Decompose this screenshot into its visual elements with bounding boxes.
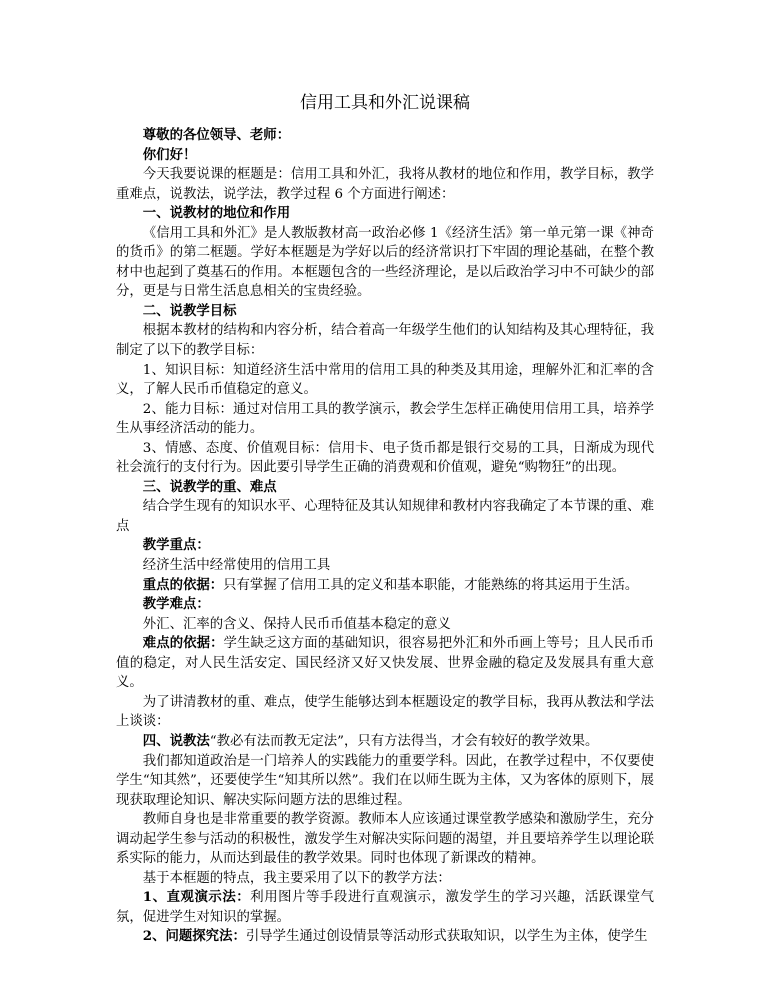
- paragraph-text: 引导学生通过创设情景等活动形式获取知识，以学生为主体，使学生: [246, 929, 648, 944]
- document-title: 信用工具和外汇说课稿: [116, 92, 654, 114]
- paragraph: 外汇、汇率的含义、保持人民币币值基本稳定的意义: [116, 615, 654, 635]
- paragraph-bold-lead: 教学难点：: [143, 596, 210, 612]
- paragraph-text: 3、情感、态度、价值观目标：信用卡、电子货币都是银行交易的工具，日渐成为现代社会…: [116, 441, 654, 476]
- paragraph: 《信用工具和外汇》是人教版教材高一政治必修 1《经济生活》第一单元第一课《神奇的…: [116, 224, 654, 302]
- paragraph: 为了讲清教材的重、难点，使学生能够达到本框题设定的教学目标，我再从教法和学法上谈…: [116, 693, 654, 732]
- paragraph: 四、说教法“教必有法而教无定法”，只有方法得当，才会有较好的教学效果。: [116, 732, 654, 752]
- paragraph-bold-lead: 1、直观演示法：: [143, 889, 250, 905]
- paragraph: 重点的依据：只有掌握了信用工具的定义和基本职能，才能熟练的将其运用于生活。: [116, 576, 654, 596]
- document-body: 尊敬的各位领导、老师：你们好！今天我要说课的框题是：信用工具和外汇，我将从教材的…: [116, 126, 654, 947]
- paragraph-bold-lead: 尊敬的各位领导、老师：: [143, 127, 290, 143]
- paragraph: 教学重点：: [116, 536, 654, 556]
- paragraph-bold-lead: 一、说教材的地位和作用: [143, 205, 290, 221]
- paragraph-text: 为了讲清教材的重、难点，使学生能够达到本框题设定的教学目标，我再从教法和学法上谈…: [116, 695, 654, 730]
- paragraph: 1、知识目标：知道经济生活中常用的信用工具的种类及其用途，理解外汇和汇率的含义，…: [116, 361, 654, 400]
- paragraph-bold-lead: 教学重点：: [143, 537, 210, 553]
- paragraph: 教学难点：: [116, 595, 654, 615]
- document-page: 信用工具和外汇说课稿 尊敬的各位领导、老师：你们好！今天我要说课的框题是：信用工…: [116, 92, 654, 947]
- paragraph: 三、说教学的重、难点: [116, 478, 654, 498]
- paragraph: 难点的依据：学生缺乏这方面的基础知识，很容易把外汇和外币画上等号；且人民币币值的…: [116, 634, 654, 693]
- paragraph-bold-lead: 二、说教学目标: [143, 303, 237, 319]
- paragraph-bold-lead: 重点的依据：: [143, 577, 223, 593]
- paragraph-text: 基于本框题的特点，我主要采用了以下的教学方法：: [143, 871, 451, 886]
- paragraph-text: 经济生活中经常使用的信用工具: [143, 558, 330, 573]
- paragraph: 我们都知道政治是一门培养人的实践能力的重要学科。因此，在教学过程中，不仅要使学生…: [116, 752, 654, 811]
- paragraph-text: 1、知识目标：知道经济生活中常用的信用工具的种类及其用途，理解外汇和汇率的含义，…: [116, 363, 654, 398]
- paragraph-text: 《信用工具和外汇》是人教版教材高一政治必修 1《经济生活》第一单元第一课《神奇的…: [116, 226, 654, 300]
- paragraph-bold-lead: 四、说教法: [143, 733, 210, 749]
- paragraph-text: “教必有法而教无定法”，只有方法得当，才会有较好的教学效果。: [210, 734, 599, 749]
- paragraph-text: 只有掌握了信用工具的定义和基本职能，才能熟练的将其运用于生活。: [223, 578, 638, 593]
- paragraph: 结合学生现有的知识水平、心理特征及其认知规律和教材内容我确定了本节课的重、难点: [116, 497, 654, 536]
- paragraph-text: 今天我要说课的框题是：信用工具和外汇，我将从教材的地位和作用，教学目标，教学重难…: [116, 167, 654, 202]
- paragraph: 经济生活中经常使用的信用工具: [116, 556, 654, 576]
- paragraph-bold-lead: 2、问题探究法：: [143, 928, 246, 944]
- paragraph: 教师自身也是非常重要的教学资源。教师本人应该通过课堂教学感染和激励学生，充分调动…: [116, 810, 654, 869]
- paragraph: 你们好！: [116, 146, 654, 166]
- paragraph: 1、直观演示法：利用图片等手段进行直观演示，激发学生的学习兴趣，活跃课堂气氛，促…: [116, 888, 654, 927]
- paragraph: 二、说教学目标: [116, 302, 654, 322]
- paragraph: 一、说教材的地位和作用: [116, 204, 654, 224]
- paragraph-bold-lead: 你们好！: [143, 147, 197, 163]
- paragraph-text: 外汇、汇率的含义、保持人民币币值基本稳定的意义: [143, 617, 451, 632]
- paragraph: 根据本教材的结构和内容分析，结合着高一年级学生他们的认知结构及其心理特征，我制定…: [116, 321, 654, 360]
- paragraph: 2、问题探究法：引导学生通过创设情景等活动形式获取知识，以学生为主体，使学生: [116, 927, 654, 947]
- paragraph: 尊敬的各位领导、老师：: [116, 126, 654, 146]
- paragraph: 3、情感、态度、价值观目标：信用卡、电子货币都是银行交易的工具，日渐成为现代社会…: [116, 439, 654, 478]
- paragraph: 今天我要说课的框题是：信用工具和外汇，我将从教材的地位和作用，教学目标，教学重难…: [116, 165, 654, 204]
- paragraph-text: 我们都知道政治是一门培养人的实践能力的重要学科。因此，在教学过程中，不仅要使学生…: [116, 754, 654, 808]
- paragraph: 基于本框题的特点，我主要采用了以下的教学方法：: [116, 869, 654, 889]
- paragraph-text: 结合学生现有的知识水平、心理特征及其认知规律和教材内容我确定了本节课的重、难点: [116, 499, 654, 534]
- paragraph-bold-lead: 三、说教学的重、难点: [143, 479, 277, 495]
- paragraph-text: 根据本教材的结构和内容分析，结合着高一年级学生他们的认知结构及其心理特征，我制定…: [116, 323, 654, 358]
- paragraph-text: 2、能力目标：通过对信用工具的教学演示，教会学生怎样正确使用信用工具，培养学生从…: [116, 402, 654, 437]
- paragraph-bold-lead: 难点的依据：: [143, 635, 224, 651]
- paragraph: 2、能力目标：通过对信用工具的教学演示，教会学生怎样正确使用信用工具，培养学生从…: [116, 400, 654, 439]
- paragraph-text: 教师自身也是非常重要的教学资源。教师本人应该通过课堂教学感染和激励学生，充分调动…: [116, 812, 654, 866]
